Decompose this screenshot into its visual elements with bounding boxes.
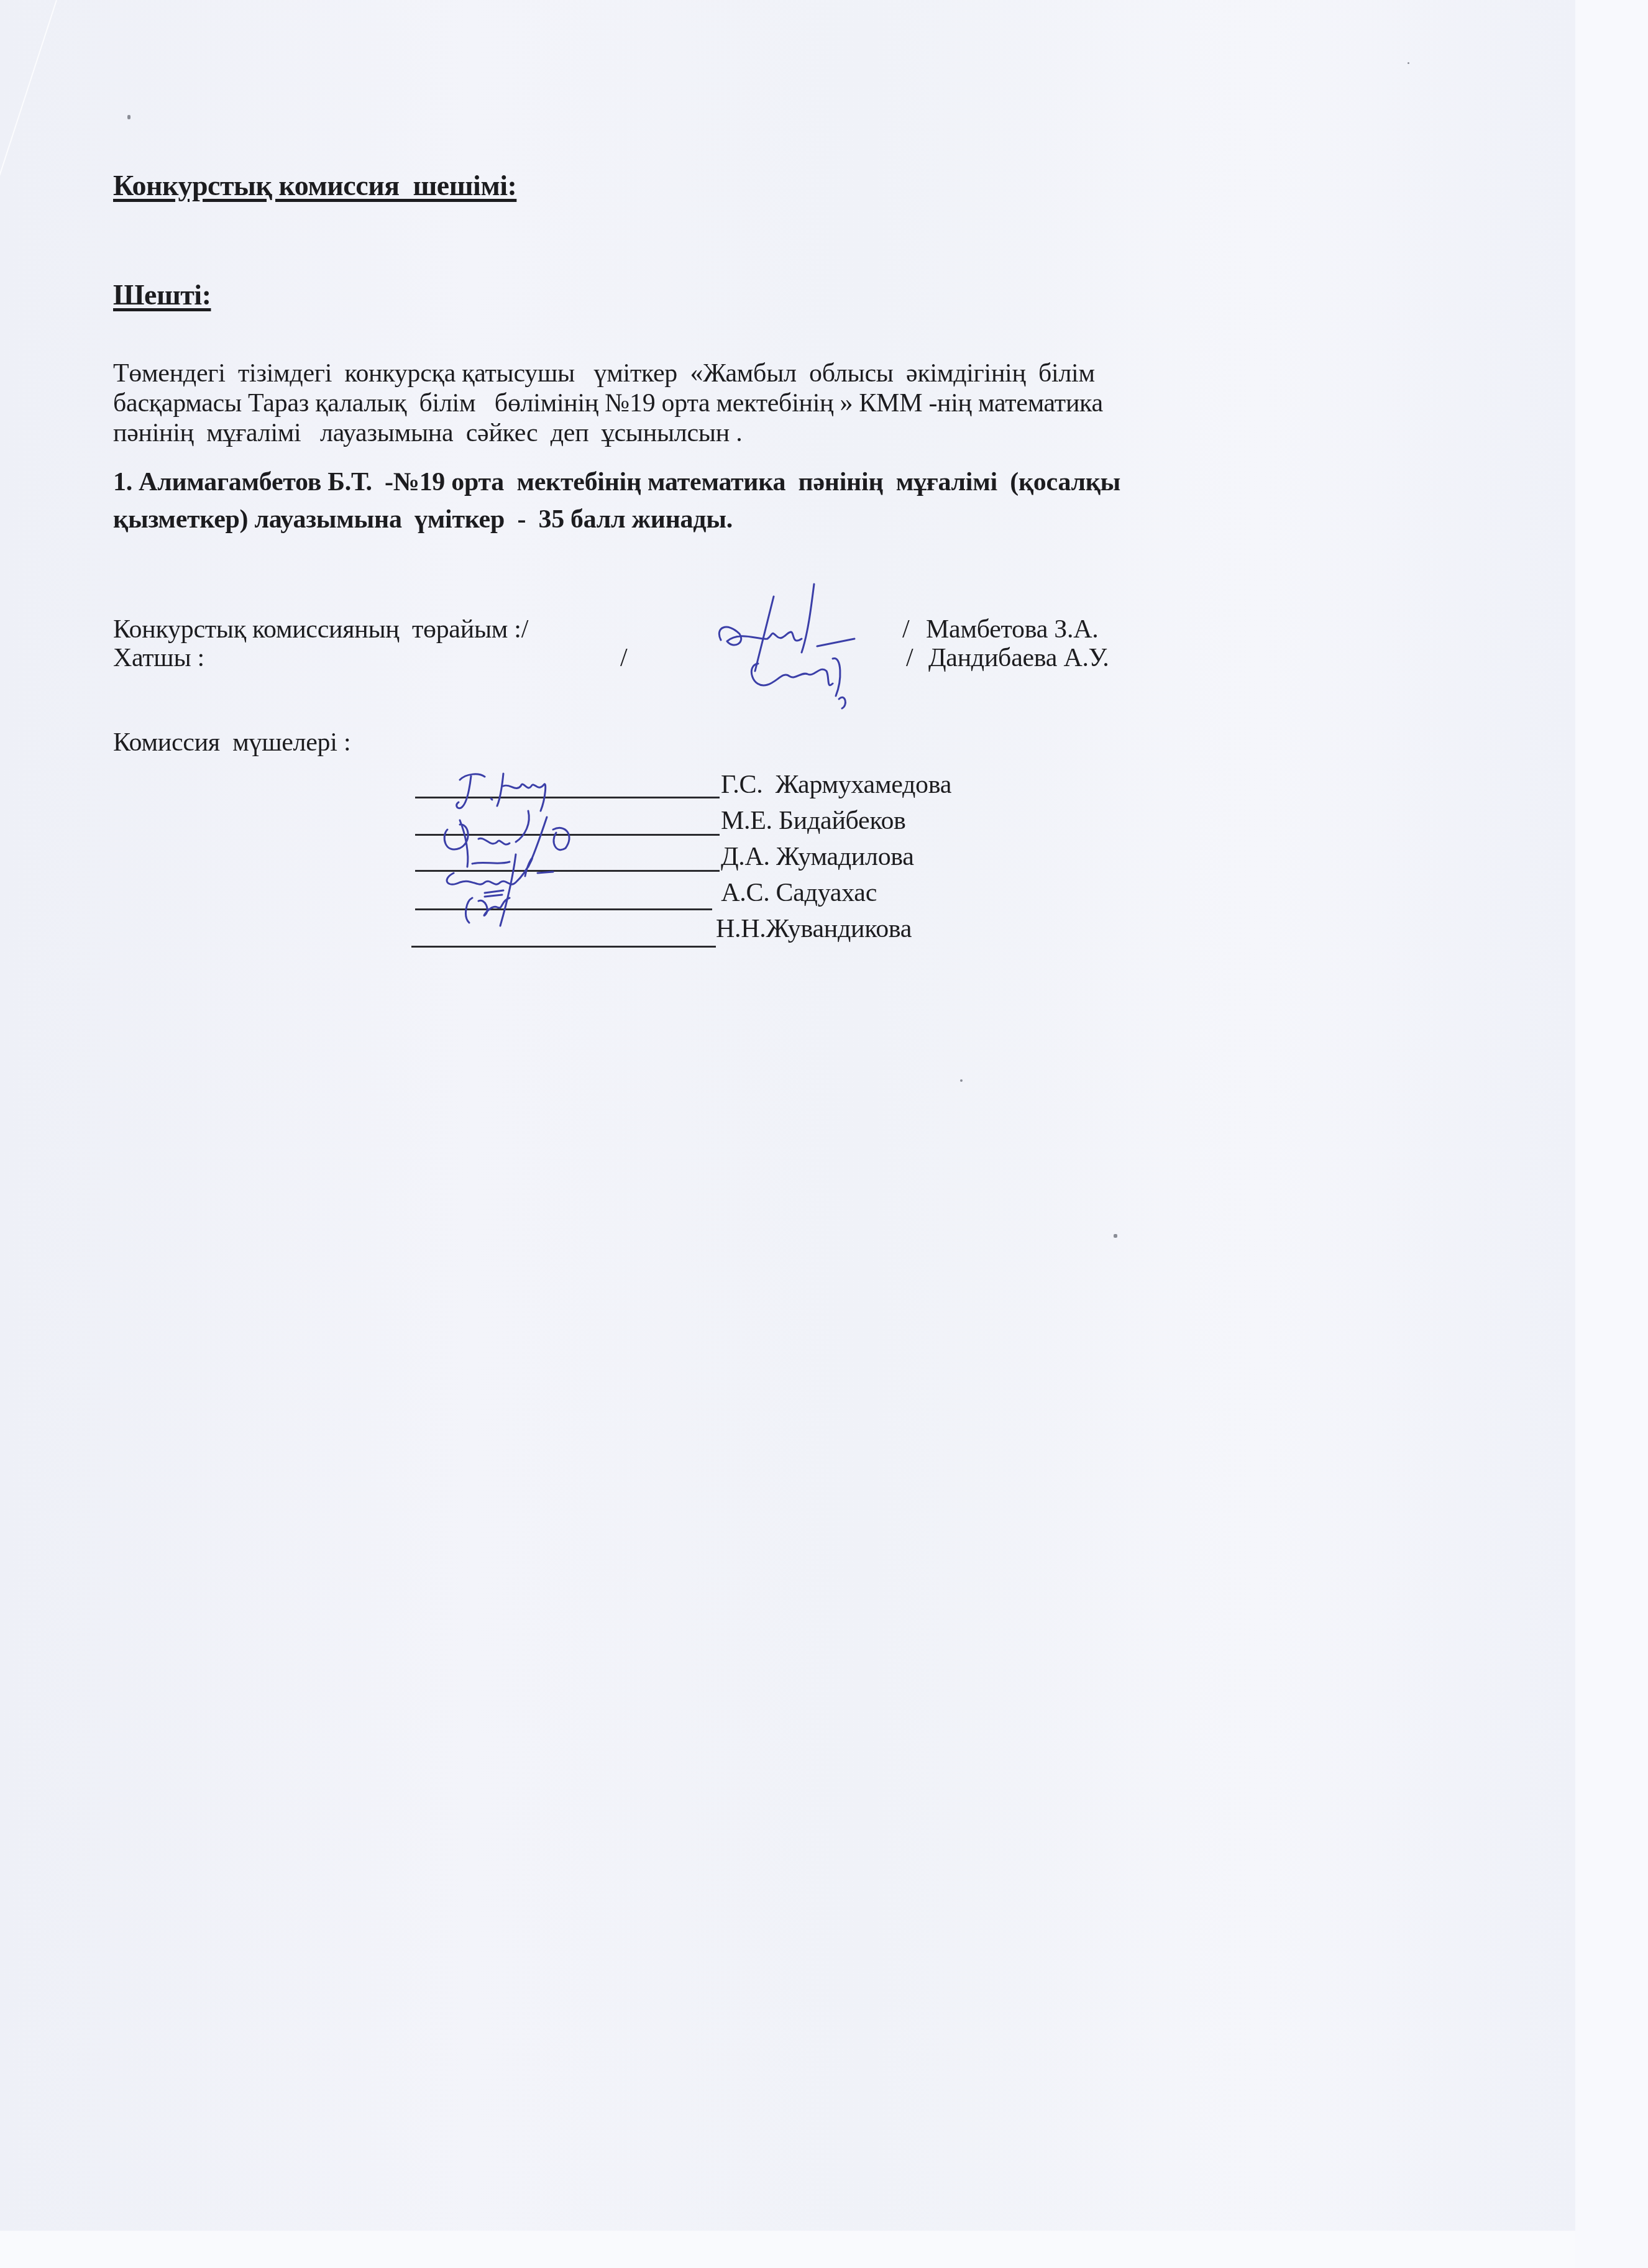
scan-speck — [1114, 1234, 1117, 1238]
member-name: Д.А. Жумадилова — [721, 843, 914, 871]
candidate-line: 1. Алимагамбетов Б.Т. -№19 орта мектебін… — [113, 467, 1120, 497]
document-heading: Конкурстық комиссия шешімі: — [113, 169, 516, 202]
member-name: Н.Н.Жувандикова — [716, 915, 912, 943]
members-label: Комиссия мүшелері : — [113, 728, 350, 757]
member-name: М.Е. Бидайбеков — [721, 807, 906, 835]
signature-line — [411, 946, 716, 948]
chair-signature — [708, 572, 932, 721]
paragraph-line: пәнінің мұғалімі лауазымына сәйкес деп ұ… — [113, 419, 742, 447]
scan-speck — [127, 115, 130, 119]
member-name: Г.С. Жармухамедова — [721, 770, 951, 799]
member-signatures — [423, 755, 684, 929]
candidate-line: қызметкер) лауазымына үміткер - 35 балл … — [113, 505, 733, 534]
scanned-page: Конкурстық комиссия шешімі: Шешті: Төмен… — [0, 0, 1575, 2231]
member-name: А.С. Садуахас — [715, 879, 877, 907]
scan-speck — [960, 1079, 963, 1082]
decided-label: Шешті: — [113, 278, 211, 311]
paper-fold-line — [0, 0, 57, 195]
secretary-label: Хатшы : — [113, 644, 204, 672]
paragraph-line: Төмендегі тізімдегі конкурсқа қатысушы ү… — [113, 359, 1095, 388]
chair-name: Мамбетова З.А. — [926, 615, 1098, 644]
secretary-slash-left: / — [620, 644, 627, 672]
scan-margin-bottom — [0, 2231, 1575, 2268]
chair-label: Конкурстық комиссияның төрайым :/ — [113, 615, 528, 644]
scan-margin-right — [1575, 0, 1648, 2268]
scan-speck — [1408, 62, 1409, 64]
paragraph-line: басқармасы Тараз қалалық білім бөлімінің… — [113, 389, 1103, 418]
secretary-name: Дандибаева А.У. — [928, 644, 1109, 672]
